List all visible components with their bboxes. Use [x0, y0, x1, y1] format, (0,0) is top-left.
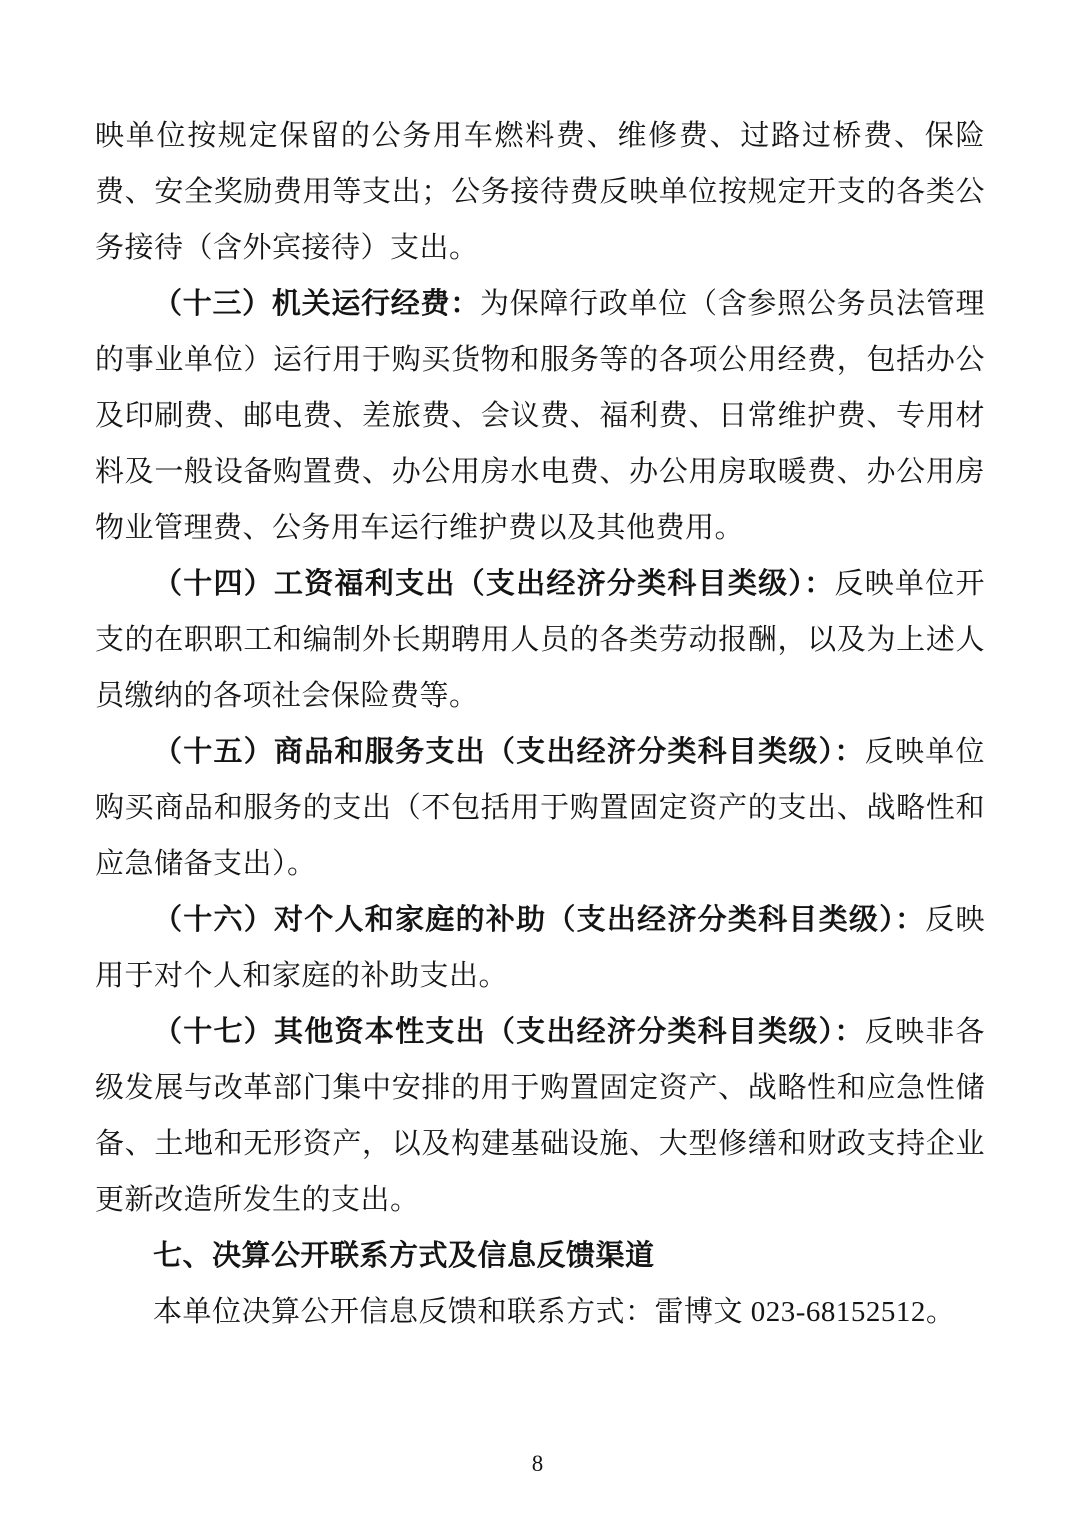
- term-paragraph-16: （十六）对个人和家庭的补助（支出经济分类科目类级）：反映用于对个人和家庭的补助支…: [95, 892, 985, 1004]
- term-label-16: （十六）对个人和家庭的补助（支出经济分类科目类级）：: [153, 904, 925, 936]
- term-label-17: （十七）其他资本性支出（支出经济分类科目类级）：: [153, 1016, 865, 1048]
- term-text-13: 为保障行政单位（含参照公务员法管理的事业单位）运行用于购买货物和服务等的各项公用…: [95, 288, 985, 544]
- continuation-paragraph: 映单位按规定保留的公务用车燃料费、维修费、过路过桥费、保险费、安全奖励费用等支出…: [95, 108, 985, 276]
- term-paragraph-14: （十四）工资福利支出（支出经济分类科目类级）：反映单位开支的在职职工和编制外长期…: [95, 556, 985, 724]
- document-page: 映单位按规定保留的公务用车燃料费、维修费、过路过桥费、保险费、安全奖励费用等支出…: [0, 0, 1075, 1520]
- contact-paragraph: 本单位决算公开信息反馈和联系方式：雷博文 023-68152512。: [95, 1284, 985, 1340]
- term-paragraph-17: （十七）其他资本性支出（支出经济分类科目类级）：反映非各级发展与改革部门集中安排…: [95, 1004, 985, 1228]
- term-label-13: （十三）机关运行经费：: [153, 288, 480, 320]
- term-paragraph-13: （十三）机关运行经费：为保障行政单位（含参照公务员法管理的事业单位）运行用于购买…: [95, 276, 985, 556]
- section-heading: 七、决算公开联系方式及信息反馈渠道: [95, 1228, 985, 1284]
- page-number: 8: [0, 1450, 1075, 1478]
- term-paragraph-15: （十五）商品和服务支出（支出经济分类科目类级）：反映单位购买商品和服务的支出（不…: [95, 724, 985, 892]
- term-label-15: （十五）商品和服务支出（支出经济分类科目类级）：: [153, 736, 865, 768]
- term-label-14: （十四）工资福利支出（支出经济分类科目类级）：: [153, 568, 834, 600]
- document-body: 映单位按规定保留的公务用车燃料费、维修费、过路过桥费、保险费、安全奖励费用等支出…: [95, 108, 985, 1340]
